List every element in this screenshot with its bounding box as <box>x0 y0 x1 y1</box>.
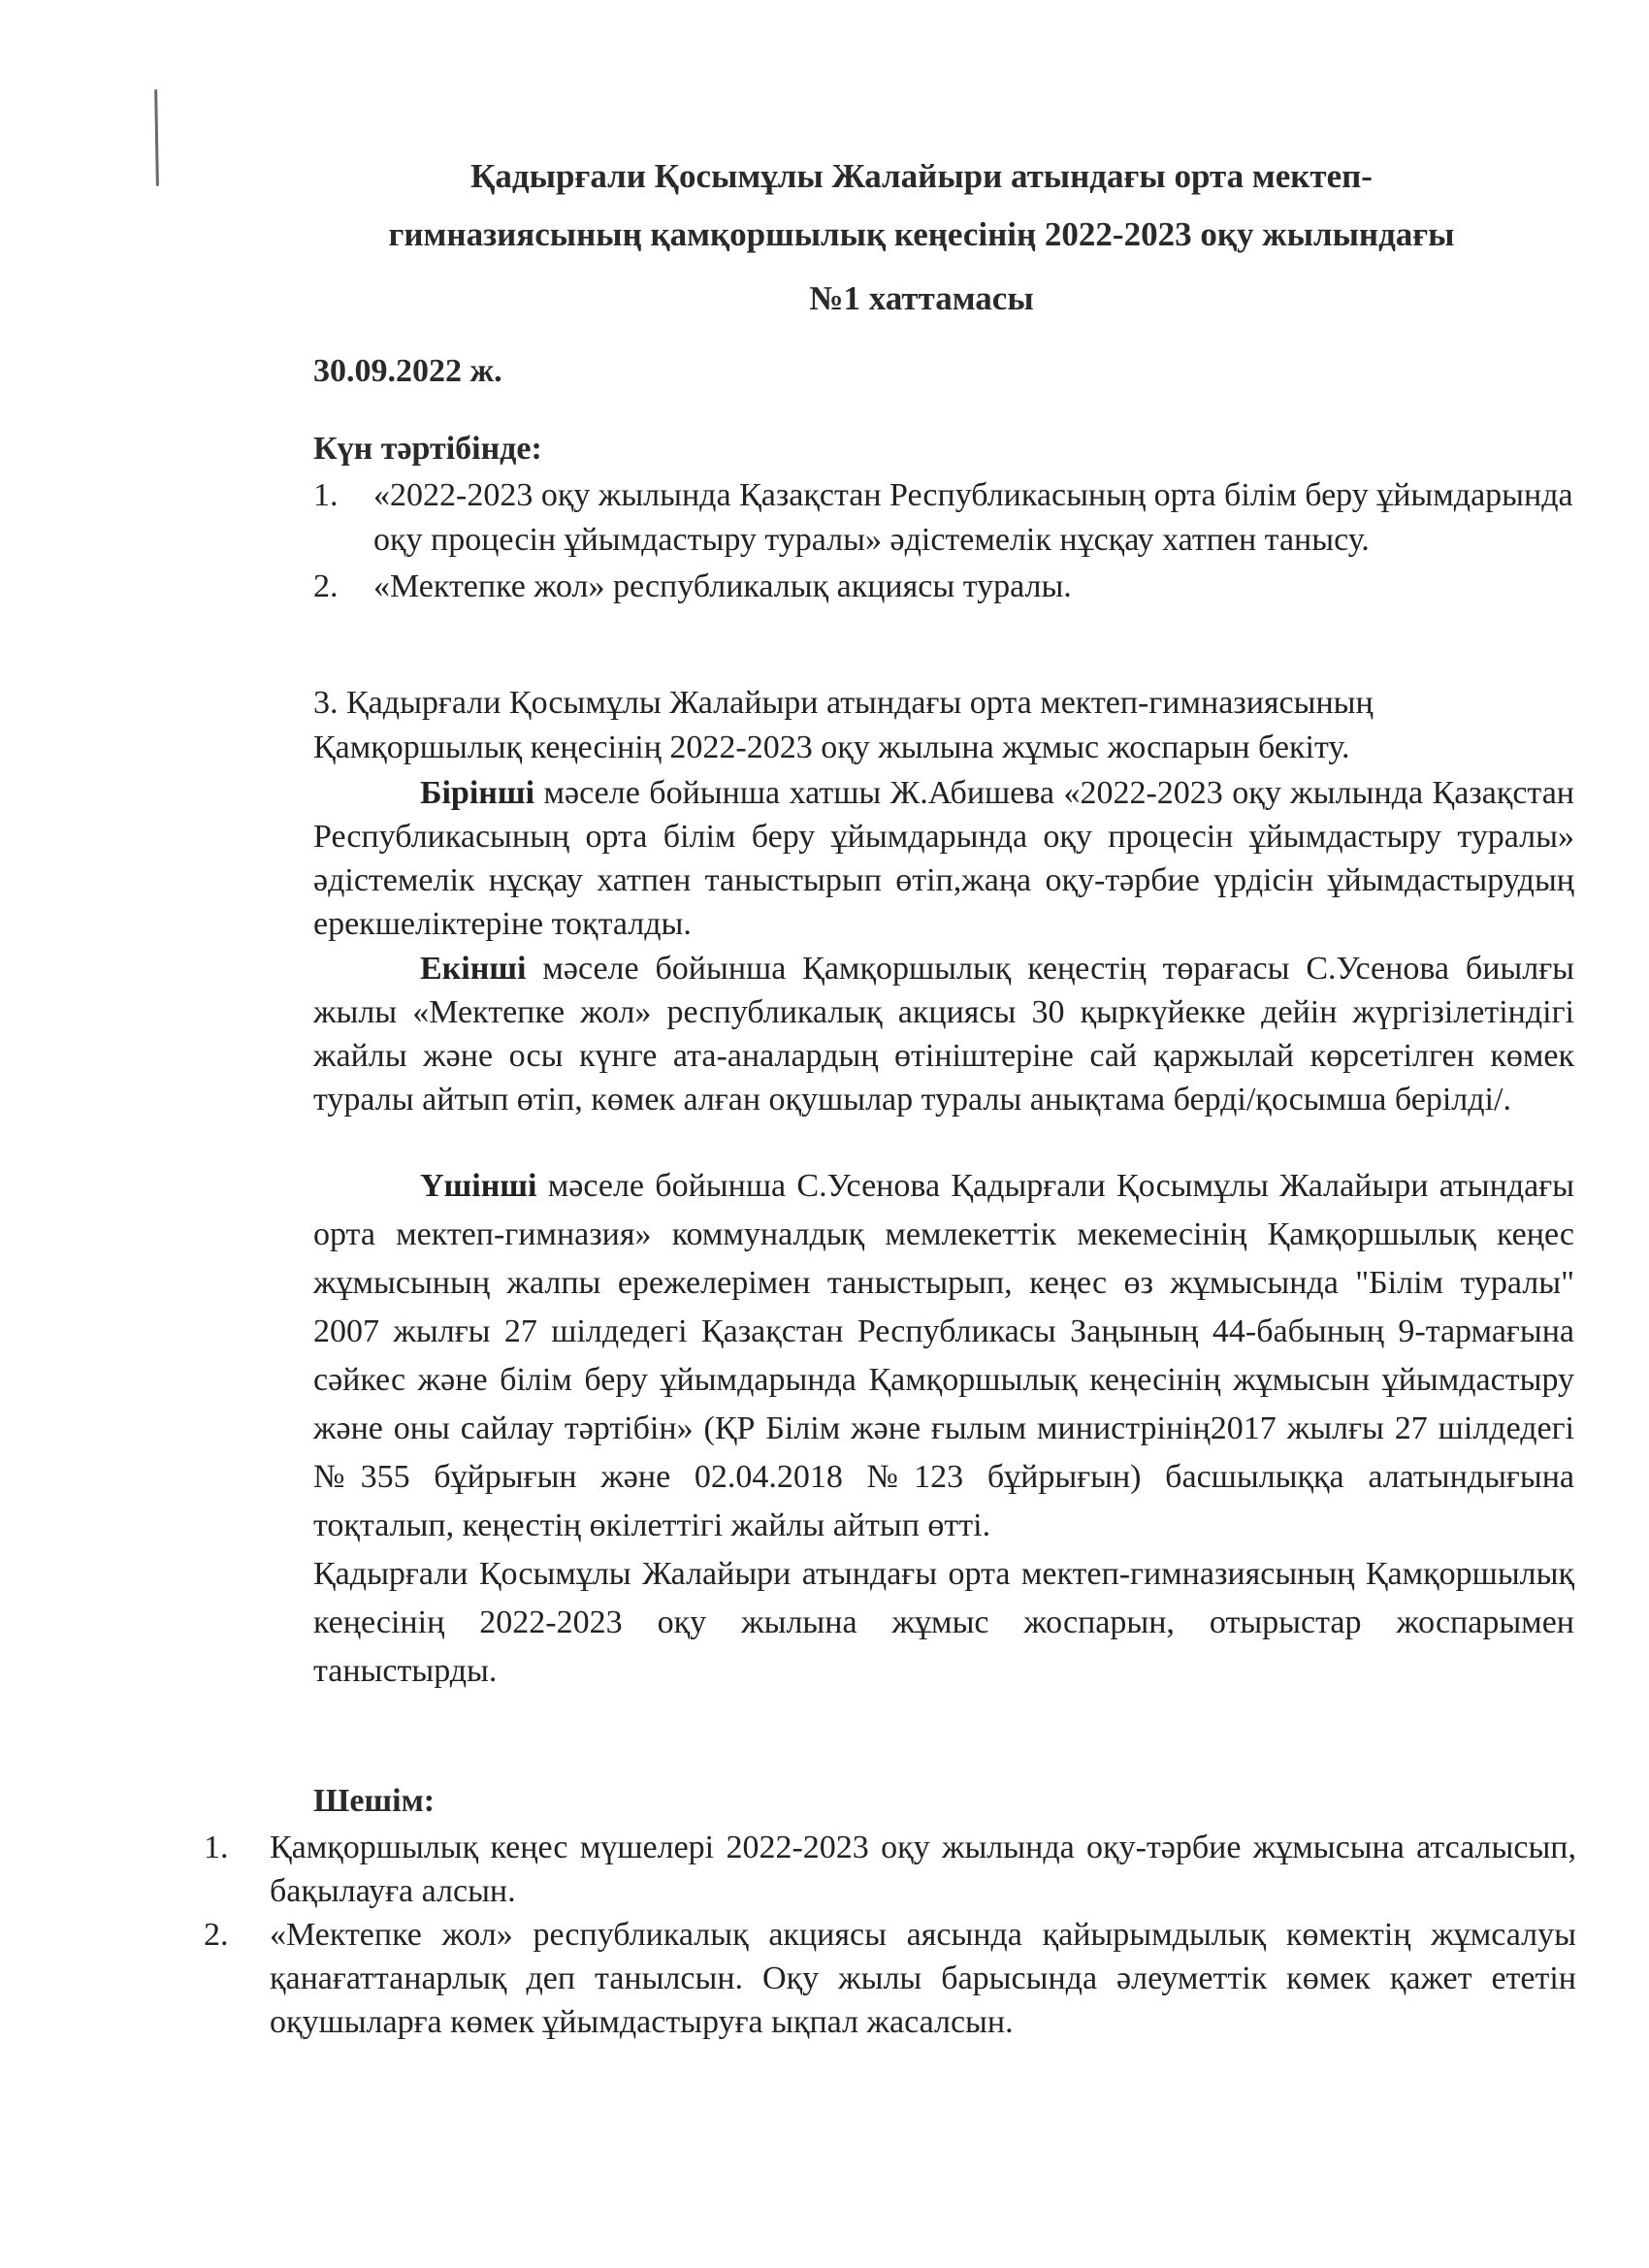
agenda-item: 2. «Мектепке жол» республикалық акциясы … <box>313 565 1574 609</box>
paragraph-lead: Екінші <box>420 951 526 987</box>
agenda-list: 1. «2022-2023 оқу жылында Қазақстан Респ… <box>313 473 1574 609</box>
agenda-item: 1. «2022-2023 оқу жылында Қазақстан Респ… <box>313 473 1574 563</box>
paragraph-first-issue: Бірінші мәселе бойынша хатшы Ж.Абишева «… <box>313 771 1574 946</box>
protocol-date: 30.09.2022 ж. <box>313 353 502 390</box>
paragraph-text: мәселе бойынша С.Усенова Қадырғали Қосым… <box>313 1168 1574 1543</box>
paragraph-third-issue: Үшінші мәселе бойынша С.Усенова Қадырғал… <box>313 1162 1574 1550</box>
paragraph-lead: Үшінші <box>420 1168 536 1204</box>
paragraph-text: Қадырғали Қосымұлы Жалайыри атындағы орт… <box>313 1556 1574 1689</box>
paragraph-work-plan: Қадырғали Қосымұлы Жалайыри атындағы орт… <box>313 1550 1574 1696</box>
decision-item-text: «Мектепке жол» республикалық акциясы аяс… <box>270 1917 1576 2040</box>
decision-item-number: 1. <box>204 1826 229 1869</box>
document-title-line-1: Қадырғали Қосымұлы Жалайыри атындағы орт… <box>291 157 1552 196</box>
decision-item: 1. Қамқоршылық кеңес мүшелері 2022-2023 … <box>204 1826 1576 1913</box>
paragraph-second-issue: Екінші мәселе бойынша Қамқоршылық кеңест… <box>313 947 1574 1121</box>
decision-item-text: Қамқоршылық кеңес мүшелері 2022-2023 оқу… <box>270 1830 1576 1909</box>
decision-heading: Шешім: <box>313 1783 435 1820</box>
agenda-item-number: 1. <box>313 473 339 518</box>
decision-item-number: 2. <box>204 1913 229 1957</box>
decision-item: 2. «Мектепке жол» республикалық акциясы … <box>204 1913 1576 2044</box>
agenda-item-number: 2. <box>313 565 339 609</box>
agenda-item-text: «2022-2023 оқу жылында Қазақстан Республ… <box>373 477 1573 558</box>
agenda-item-text: «Мектепке жол» республикалық акциясы тур… <box>373 568 1072 604</box>
decision-list: 1. Қамқоршылық кеңес мүшелері 2022-2023 … <box>204 1826 1576 2044</box>
margin-pen-mark <box>154 89 159 186</box>
agenda-heading: Күн тәртібінде: <box>313 431 542 468</box>
paragraph-lead: Бірінші <box>420 775 534 811</box>
protocol-number: №1 хаттамасы <box>291 279 1552 318</box>
document-title-line-2: гимназиясының қамқоршылық кеңесінің 2022… <box>291 215 1552 254</box>
agenda-item-3: 3. Қадырғали Қосымұлы Жалайыри атындағы … <box>313 681 1574 770</box>
